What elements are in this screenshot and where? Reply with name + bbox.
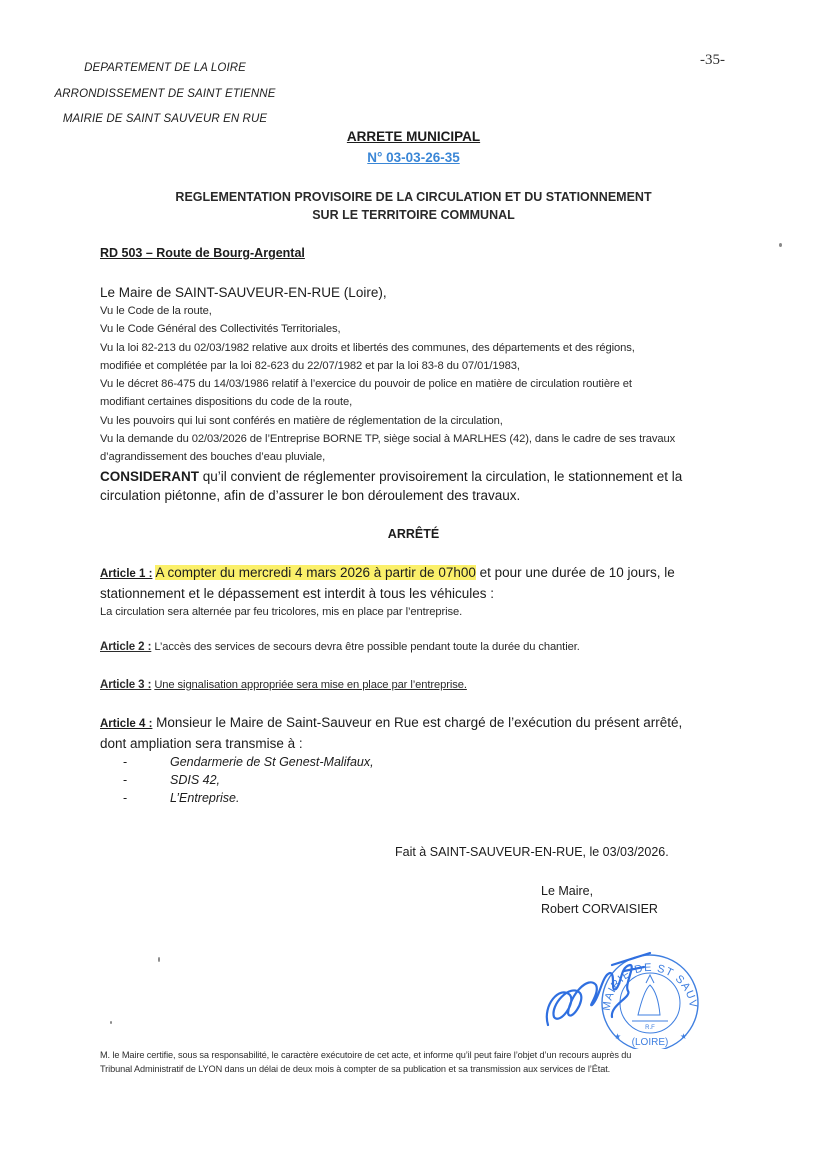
preamble-intro: Le Maire de SAINT-SAUVEUR-EN-RUE (Loire)… <box>100 283 720 302</box>
article-1-label: Article 1 : <box>100 568 152 580</box>
article-2-text: L’accès des services de secours devra êt… <box>151 641 579 653</box>
recipient-item: -SDIS 42, <box>100 771 720 789</box>
stamp-bottom-text: (LOIRE) <box>632 1037 669 1048</box>
footer-line-2: Tribunal Administratif de LYON dans un d… <box>100 1062 720 1076</box>
document-title: ARRETE MUNICIPAL <box>0 129 827 144</box>
article-4: Article 4 : Monsieur le Maire de Saint-S… <box>100 713 720 807</box>
header-mairie: MAIRIE DE SAINT SAUVEUR EN RUE <box>35 113 295 125</box>
article-1: Article 1 : A compter du mercredi 4 mars… <box>100 563 720 621</box>
vu-line: Vu les pouvoirs qui lui sont conférés en… <box>100 412 720 430</box>
article-1-line-2: stationnement et le dépassement est inte… <box>100 584 720 603</box>
article-3: Article 3 : Une signalisation appropriée… <box>100 676 720 694</box>
article-3-text: Une signalisation appropriée sera mise e… <box>154 679 467 691</box>
bullet-dash: - <box>100 753 170 771</box>
article-1-line-3: La circulation sera alternée par feu tri… <box>100 603 720 621</box>
recipient-item: -Gendarmerie de St Genest-Malifaux, <box>100 753 720 771</box>
document-subtitle: REGLEMENTATION PROVISOIRE DE LA CIRCULAT… <box>0 188 827 224</box>
page-number: -35- <box>700 52 725 69</box>
header-arrondissement: ARRONDISSEMENT DE SAINT ETIENNE <box>35 88 295 100</box>
considerant-line: CONSIDERANT qu’il convient de réglemente… <box>100 467 720 486</box>
considerant-line-2: circulation piétonne, afin de d’assurer … <box>100 486 720 505</box>
handwritten-signature <box>540 945 660 1035</box>
scan-speck <box>110 1021 112 1024</box>
recipient-item: -L’Entreprise. <box>100 789 720 807</box>
vu-line: Vu le décret 86-475 du 14/03/1986 relati… <box>100 375 720 393</box>
article-2: Article 2 : L’accès des services de seco… <box>100 638 720 656</box>
vu-line: Vu la loi 82-213 du 02/03/1982 relative … <box>100 339 720 357</box>
recipient-text: Gendarmerie de St Genest-Malifaux, <box>170 755 374 769</box>
considerant-label: CONSIDERANT <box>100 469 199 484</box>
vu-line: modifiée et complétée par la loi 82-623 … <box>100 357 720 375</box>
vu-line: Vu le Code de la route, <box>100 302 720 320</box>
signatory-role: Le Maire, <box>541 882 658 900</box>
bullet-dash: - <box>100 771 170 789</box>
article-2-label: Article 2 : <box>100 641 151 653</box>
scan-speck <box>779 243 782 247</box>
article-4-text: Monsieur le Maire de Saint-Sauveur en Ru… <box>152 715 682 730</box>
legal-footer: M. le Maire certifie, sous sa responsabi… <box>100 1048 720 1076</box>
vu-line: Vu la demande du 02/03/2026 de l’Entrepr… <box>100 430 720 448</box>
preamble: Le Maire de SAINT-SAUVEUR-EN-RUE (Loire)… <box>100 283 720 505</box>
article-4-line-2: dont ampliation sera transmise à : <box>100 734 720 753</box>
vu-line: d’agrandissement des bouches d’eau pluvi… <box>100 448 720 466</box>
subtitle-line-1: REGLEMENTATION PROVISOIRE DE LA CIRCULAT… <box>0 188 827 206</box>
article-1-text: et pour une durée de 10 jours, le <box>476 565 675 580</box>
article-4-label: Article 4 : <box>100 718 152 730</box>
star-icon: ★ <box>680 1032 687 1041</box>
considerant-text: qu’il convient de réglementer provisoire… <box>199 469 682 484</box>
footer-line-1: M. le Maire certifie, sous sa responsabi… <box>100 1048 720 1062</box>
recipient-text: L’Entreprise. <box>170 791 239 805</box>
vu-line: Vu le Code Général des Collectivités Ter… <box>100 320 720 338</box>
bullet-dash: - <box>100 789 170 807</box>
signatory: Le Maire, Robert CORVAISIER <box>541 882 658 918</box>
header-department: DEPARTEMENT DE LA LOIRE <box>35 62 295 74</box>
scan-speck <box>158 957 160 962</box>
place-and-date: Fait à SAINT-SAUVEUR-EN-RUE, le 03/03/20… <box>395 845 669 859</box>
arrete-heading: ARRÊTÉ <box>0 527 827 541</box>
article-3-label: Article 3 : <box>100 679 151 691</box>
signatory-name: Robert CORVAISIER <box>541 900 658 918</box>
subtitle-line-2: SUR LE TERRITOIRE COMMUNAL <box>0 206 827 224</box>
road-reference: RD 503 – Route de Bourg-Argental <box>100 246 305 260</box>
vu-line: modifiant certaines dispositions du code… <box>100 393 720 411</box>
arrete-number: N° 03-03-26-35 <box>0 150 827 165</box>
article-1-highlight: A compter du mercredi 4 mars 2026 à part… <box>155 565 475 580</box>
recipient-text: SDIS 42, <box>170 773 220 787</box>
article-1-line-1: Article 1 : A compter du mercredi 4 mars… <box>100 563 720 584</box>
